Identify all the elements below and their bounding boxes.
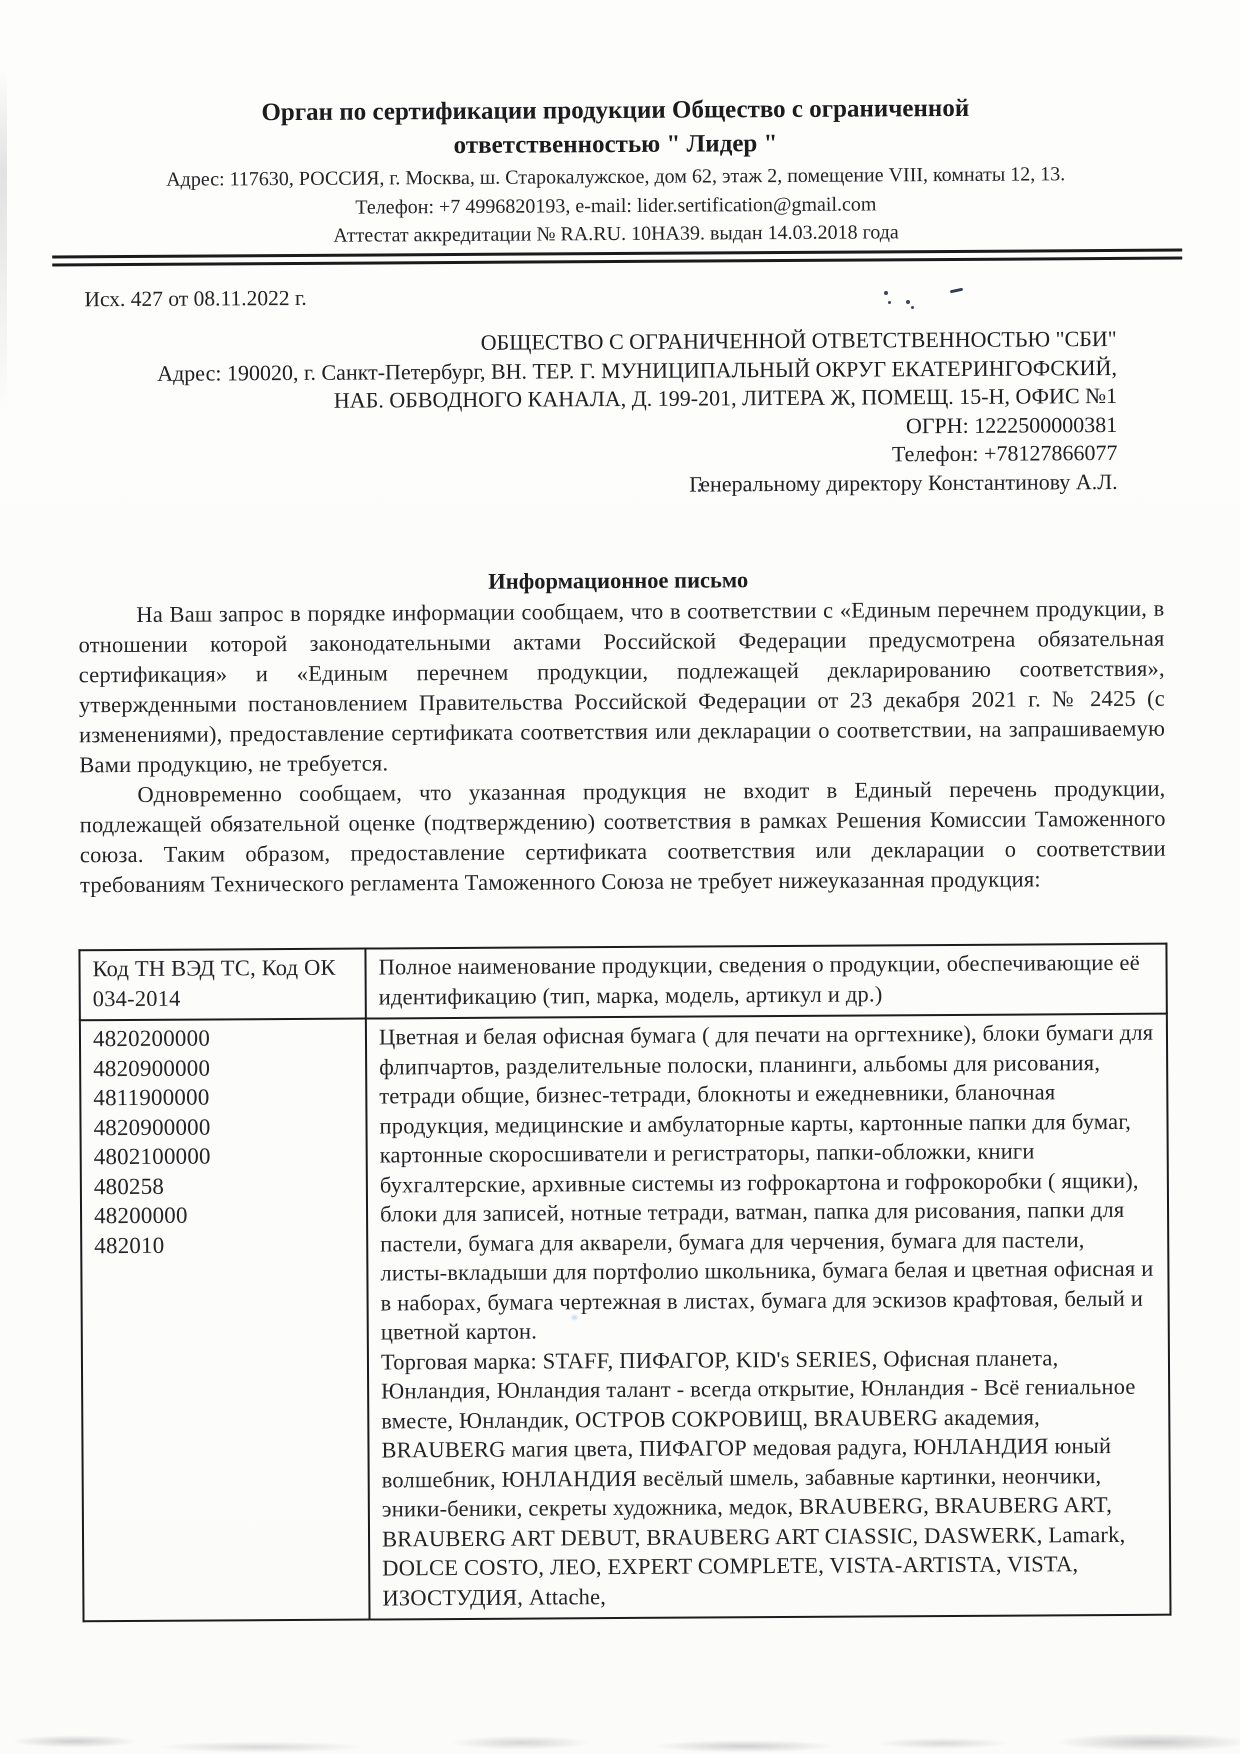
header-cell-codes: Код ТН ВЭД ТС, Код ОК 034-2014 [79,949,365,1021]
ink-mark [698,489,701,492]
ink-mark [699,483,702,486]
products-table: Код ТН ВЭД ТС, Код ОК 034-2014 Полное на… [78,943,1171,1623]
header-cell-product: Полное наименование продукции, сведения … [365,944,1166,1019]
org-title-line2: ответственностью " Лидер " [65,125,1165,166]
letter-title: Информационное письмо [53,565,1183,598]
ink-smudge [570,1314,579,1321]
letterhead: Орган по сертификации продукции Общество… [65,91,1166,251]
product-cell: Цветная и белая офисная бумага ( для печ… [366,1014,1171,1620]
letter-paragraph-1: На Ваш запрос в порядке информации сообщ… [78,594,1165,781]
table-header-row: Код ТН ВЭД ТС, Код ОК 034-2014 Полное на… [79,944,1166,1021]
product-description: Цветная и белая офисная бумага ( для печ… [379,1018,1158,1347]
recipient-attention: Генеральному директору Константинову А.Л… [68,467,1118,502]
org-address: Адрес: 117630, РОССИЯ, г. Москва, ш. Ста… [66,162,1166,194]
ink-mark [906,300,910,304]
product-trademarks: Торговая марка: STAFF, ПИФАГОР, KID's SE… [381,1342,1160,1612]
ink-mark [888,301,891,304]
codes-cell: 4820200000 4820900000 4811900000 4820900… [80,1019,370,1622]
scan-edge-streak [0,70,7,410]
org-phone-email: Телефон: +7 4996820193, e-mail: lider.se… [66,190,1166,222]
ink-mark [911,306,914,309]
ink-mark [884,291,888,295]
scan-tilt-layer: Орган по сертификации продукции Общество… [0,0,1240,1754]
recipient-block: ОБЩЕСТВО С ОГРАНИЧЕННОЙ ОТВЕТСТВЕННОСТЬЮ… [67,325,1118,502]
table-row: 4820200000 4820900000 4811900000 4820900… [80,1014,1171,1622]
scan-noise-band [0,1726,1240,1754]
scanned-letter-page: Орган по сертификации продукции Общество… [0,0,1240,1754]
letter-paragraph-2: Одновременно сообщаем, что указанная про… [79,774,1166,901]
org-accreditation: Аттестат аккредитации № RA.RU. 10НА39. в… [66,219,1166,251]
letterhead-divider [52,249,1182,267]
outgoing-reference: Исх. 427 от 08.11.2022 г. [84,286,306,312]
